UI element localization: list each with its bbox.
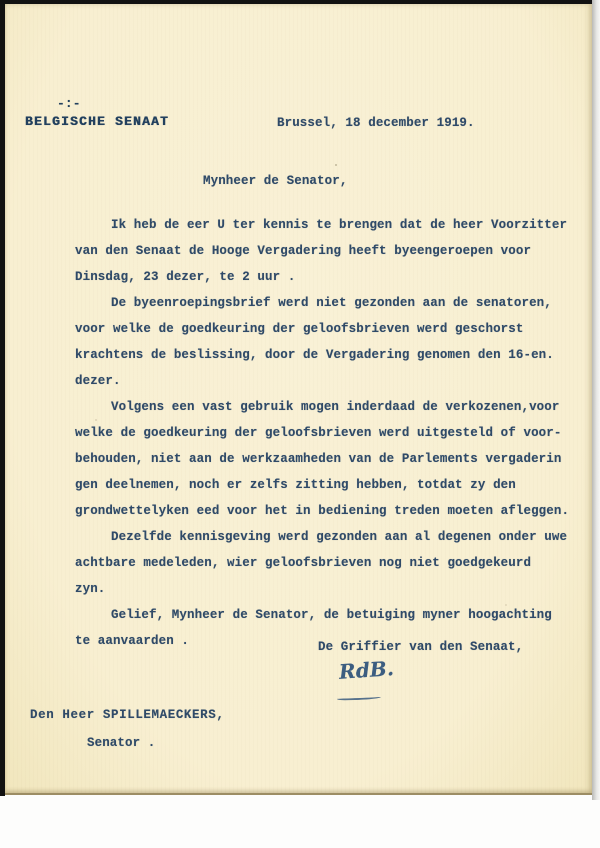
body-line: Volgens een vast gebruik mogen inderdaad… bbox=[5, 394, 592, 420]
scanner-edge-left bbox=[0, 0, 5, 796]
scanner-edge-top bbox=[0, 0, 597, 4]
body-line: krachtens de beslissing, door de Vergade… bbox=[5, 342, 592, 368]
body-line: achtbare medeleden, wier geloofsbrieven … bbox=[5, 550, 592, 576]
letter-body: Ik heb de eer U ter kennis te brengen da… bbox=[5, 212, 592, 654]
body-line: welke de goedkeuring der geloofsbrieven … bbox=[5, 420, 592, 446]
body-line: gen deelnemen, noch er zelfs zitting heb… bbox=[5, 472, 592, 498]
body-line: voor welke de goedkeuring der geloofsbri… bbox=[5, 316, 592, 342]
body-line: Gelief, Mynheer de Senator, de betuiging… bbox=[5, 602, 592, 628]
body-line: van den Senaat de Hooge Vergadering heef… bbox=[5, 238, 592, 264]
handwritten-signature: RdB. bbox=[338, 656, 394, 684]
scan-speckle bbox=[95, 419, 97, 421]
body-line: De byeenroepingsbrief werd niet gezonden… bbox=[5, 290, 592, 316]
body-line: behouden, niet aan de werkzaamheden van … bbox=[5, 446, 592, 472]
letter-page: -:- BELGISCHE SENAAT Brussel, 18 decembe… bbox=[5, 4, 592, 795]
letterhead-ornament: -:- bbox=[57, 96, 81, 111]
scan-speckle bbox=[335, 164, 337, 166]
closing-role-line: De Griffier van den Senaat, bbox=[318, 640, 523, 654]
salutation: Mynheer de Senator, bbox=[203, 174, 347, 188]
body-line: zyn. bbox=[5, 576, 592, 602]
letterhead-organization: BELGISCHE SENAAT bbox=[25, 114, 169, 129]
signature-flourish bbox=[337, 695, 381, 701]
body-line: grondwettelyken eed voor het in bedienin… bbox=[5, 498, 592, 524]
scan-speckle bbox=[505, 604, 507, 606]
scanned-letter: -:- BELGISCHE SENAAT Brussel, 18 decembe… bbox=[0, 0, 600, 848]
body-line: Dinsdag, 23 dezer, te 2 uur . bbox=[5, 264, 592, 290]
recipient-title-line: Senator . bbox=[87, 736, 155, 750]
scanner-edge-right bbox=[592, 0, 600, 800]
body-line: Dezelfde kennisgeving werd gezonden aan … bbox=[5, 524, 592, 550]
recipient-name-line: Den Heer SPILLEMAECKERS, bbox=[30, 708, 224, 722]
body-line: Ik heb de eer U ter kennis te brengen da… bbox=[5, 212, 592, 238]
date-line: Brussel, 18 december 1919. bbox=[277, 116, 475, 130]
body-line: dezer. bbox=[5, 368, 592, 394]
